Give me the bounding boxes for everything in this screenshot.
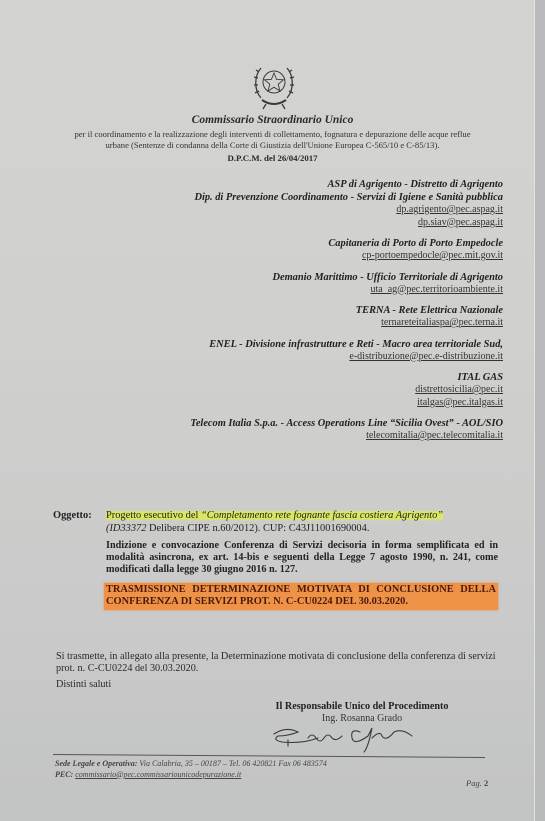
recipient-name: ITAL GAS	[83, 371, 503, 384]
issuer-title: Commissario Straordinario Unico	[0, 114, 545, 126]
handwritten-signature-icon	[268, 718, 428, 754]
address-label: Sede Legale e Operativa:	[55, 759, 137, 768]
recipient-name: Capitaneria di Porto di Porto Empedocle	[83, 237, 503, 250]
recipient-email-link[interactable]: dp.siav@pec.aspag.it	[83, 217, 503, 230]
recipient-email-link[interactable]: dp.agrigento@pec.aspag.it	[83, 204, 503, 217]
signatory-role: Il Responsabile Unico del Procedimento	[262, 701, 462, 712]
page-number: Pag. 2	[466, 778, 488, 788]
recipient-block: ITAL GASdistrettosicilia@pec.ititalgas@p…	[83, 371, 503, 409]
issuer-subtitle-line: per il coordinamento e la realizzazione …	[40, 129, 505, 140]
recipient-block: Demanio Marittimo - Ufficio Territoriale…	[83, 271, 503, 297]
project-description: Progetto esecutivo del “Completamento re…	[106, 510, 498, 535]
subject-label: Oggetto:	[53, 510, 92, 521]
recipients-list: ASP di Agrigento - Distretto di Agrigent…	[83, 178, 503, 451]
recipient-block: TERNA - Rete Elettrica Nazionaleternaret…	[83, 304, 503, 330]
recipient-email-link[interactable]: telecomitalia@pec.telecomitalia.it	[83, 430, 503, 443]
project-prefix: Progetto esecutivo del	[106, 510, 201, 521]
recipient-email-link[interactable]: italgas@pec.italgas.it	[83, 397, 503, 410]
closing-greeting: Distinti saluti	[56, 679, 111, 690]
recipient-name: Dip. di Prevenzione Coordinamento - Serv…	[83, 191, 503, 204]
recipient-email-link[interactable]: ternareteitaliaspa@pec.terna.it	[83, 317, 503, 330]
transmission-notice: TRASMISSIONE DETERMINAZIONE MOTIVATA DI …	[104, 583, 498, 610]
italian-republic-emblem-icon	[252, 60, 296, 112]
page-number-value: 2	[484, 778, 488, 788]
recipient-block: Telecom Italia S.p.a. - Access Operation…	[83, 417, 503, 443]
recipient-email-link[interactable]: cp-portoempedocle@pec.mit.gov.it	[83, 250, 503, 263]
body-paragraph: Si trasmette, in allegato alla presente,…	[56, 651, 496, 675]
issuer-subtitle: per il coordinamento e la realizzazione …	[40, 129, 505, 151]
recipient-name: ASP di Agrigento - Distretto di Agrigent…	[83, 178, 503, 191]
project-details: Delibera CIPE n.60/2012). CUP: C43J11001…	[146, 523, 369, 534]
recipient-email-link[interactable]: distrettosicilia@pec.it	[83, 384, 503, 397]
recipient-name: Telecom Italia S.p.a. - Access Operation…	[83, 417, 503, 430]
address-text: Via Calabria, 35 – 00187 – Tel. 06 42082…	[137, 759, 326, 768]
subject-body: Progetto esecutivo del “Completamento re…	[106, 510, 498, 610]
recipient-block: ENEL - Divisione infrastrutture e Reti -…	[83, 338, 503, 364]
conference-indiction: Indizione e convocazione Conferenza di S…	[106, 540, 498, 577]
project-id: (ID33372	[106, 523, 146, 534]
page-label: Pag.	[466, 778, 482, 788]
pec-label: PEC:	[55, 770, 73, 779]
recipient-name: Demanio Marittimo - Ufficio Territoriale…	[83, 271, 503, 284]
issuer-subtitle-line: urbane (Sentenze di condanna della Corte…	[40, 140, 505, 151]
recipient-email-link[interactable]: e-distribuzione@pec.e-distribuzione.it	[83, 351, 503, 364]
recipient-email-link[interactable]: uta_ag@pec.territorioambiente.it	[83, 284, 503, 297]
project-title: “Completamento rete fognante fascia cost…	[201, 510, 443, 521]
recipient-name: TERNA - Rete Elettrica Nazionale	[83, 304, 503, 317]
recipient-name: ENEL - Divisione infrastrutture e Reti -…	[83, 338, 503, 351]
footer-contacts: Sede Legale e Operativa: Via Calabria, 3…	[55, 759, 327, 780]
recipient-block: ASP di Agrigento - Distretto di Agrigent…	[83, 178, 503, 229]
project-highlight: Progetto esecutivo del “Completamento re…	[106, 510, 443, 521]
recipient-block: Capitaneria di Porto di Porto Empedoclec…	[83, 237, 503, 263]
decree-reference: D.P.C.M. del 26/04/2017	[0, 153, 545, 163]
pec-email-link[interactable]: commissario@pec.commissariounicodepurazi…	[75, 770, 241, 779]
